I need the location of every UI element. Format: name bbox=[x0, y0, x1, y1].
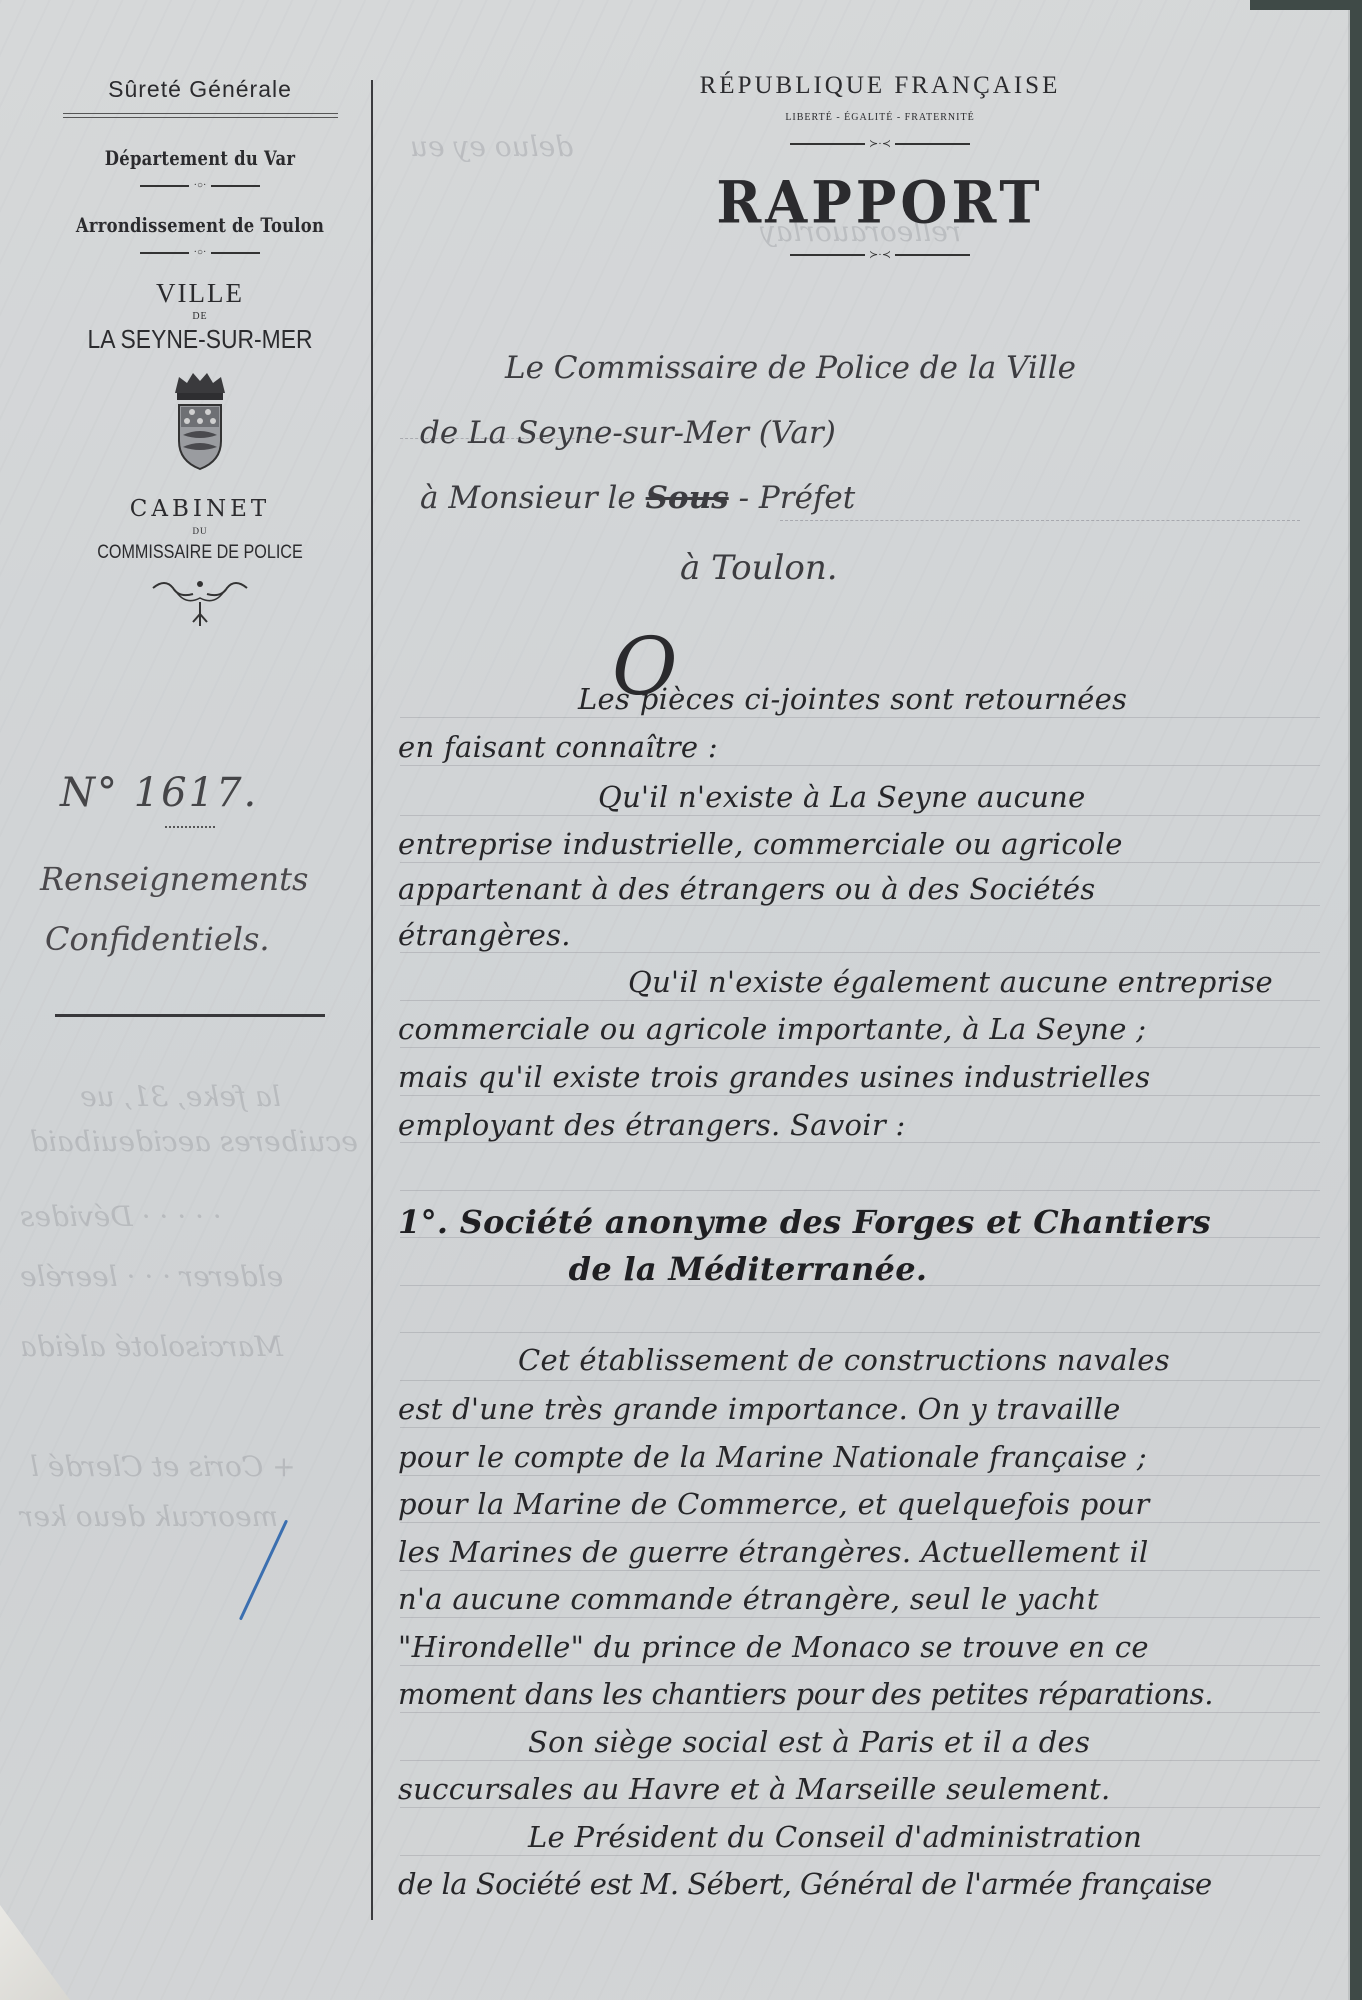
body-line: Qu'il n'existe à La Seyne aucune bbox=[398, 780, 1323, 814]
subject-line-1: Renseignements bbox=[40, 860, 308, 898]
body-line: Qu'il n'existe également aucune entrepri… bbox=[398, 965, 1323, 999]
ruled-line bbox=[400, 1427, 1320, 1428]
body-line: "Hirondelle" du prince de Monaco se trou… bbox=[398, 1630, 1323, 1664]
body-line: Le Président du Conseil d'administration bbox=[398, 1820, 1323, 1854]
ruled-line bbox=[400, 1332, 1320, 1333]
double-rule-divider bbox=[63, 113, 338, 118]
body-line: de la Société est M. Sébert, Général de … bbox=[398, 1867, 1323, 1901]
bleed-through-text: la feke, 31, ue bbox=[80, 1080, 281, 1113]
ruled-line bbox=[400, 1570, 1320, 1571]
ruled-line bbox=[400, 1095, 1320, 1096]
ruled-line bbox=[400, 1000, 1320, 1001]
blue-pencil-mark bbox=[239, 1520, 288, 1621]
ville-label: VILLE bbox=[40, 278, 360, 309]
body-line: succursales au Havre et à Marseille seul… bbox=[398, 1772, 1323, 1806]
ruled-line bbox=[400, 862, 1320, 863]
page-corner-fold bbox=[0, 1905, 70, 2000]
coat-of-arms-icon bbox=[165, 371, 235, 471]
bleed-through-text: + Coris et Clerdé l bbox=[30, 1450, 296, 1483]
body-line: mais qu'il existe trois grandes usines i… bbox=[398, 1060, 1323, 1094]
header-ornament: ≻·≺ bbox=[790, 248, 970, 261]
ruled-line bbox=[400, 1665, 1320, 1666]
ruled-line bbox=[400, 765, 1320, 766]
letterhead-sidebar: Sûreté Générale Département du Var ·○· A… bbox=[40, 70, 360, 638]
document-title: RAPPORT bbox=[460, 167, 1240, 236]
body-line: en faisant connaître : bbox=[398, 730, 1323, 764]
bleed-through-text: Marcisoloté aléida bbox=[20, 1330, 283, 1363]
arrondissement-label: Arrondissement de Toulon bbox=[69, 213, 331, 237]
ruled-line bbox=[400, 1190, 1320, 1191]
ruled-line bbox=[400, 952, 1320, 953]
body-line: les Marines de guerre étrangères. Actuel… bbox=[398, 1535, 1323, 1569]
ruled-line bbox=[400, 1807, 1320, 1808]
ruled-line bbox=[400, 1760, 1320, 1761]
body-line: entreprise industrielle, commerciale ou … bbox=[398, 827, 1323, 861]
de-label: DE bbox=[40, 311, 360, 322]
document-page: la feke, 31, ue ecuiberes aecideuibaid ·… bbox=[0, 0, 1350, 2000]
recipient-city: à Toulon. bbox=[680, 548, 838, 588]
body-line: n'a aucune commande étrangère, seul le y… bbox=[398, 1582, 1323, 1616]
motto-label: LIBERTÉ - ÉGALITÉ - FRATERNITÉ bbox=[460, 112, 1240, 123]
recipient-title: - Préfet bbox=[739, 480, 856, 516]
surete-generale-label: Sûreté Générale bbox=[40, 76, 360, 103]
body-line: pour le compte de la Marine Nationale fr… bbox=[398, 1440, 1323, 1474]
dotted-line bbox=[400, 438, 600, 439]
ruled-line bbox=[400, 1522, 1320, 1523]
body-line: pour la Marine de Commerce, et quelquefo… bbox=[398, 1487, 1323, 1521]
body-line: est d'une très grande importance. On y t… bbox=[398, 1392, 1323, 1426]
recipient-crossed-word: Sous bbox=[646, 480, 729, 516]
sender-line-1: Le Commissaire de Police de la Ville bbox=[505, 350, 1076, 386]
number-separator bbox=[165, 818, 215, 828]
bleed-through-text: elderer · · · leeréle bbox=[20, 1260, 283, 1293]
recipient-prefix: à Monsieur le bbox=[420, 480, 636, 516]
cabinet-label: CABINET bbox=[40, 496, 360, 522]
bleed-through-text: ecuiberes aecideuibaid bbox=[30, 1125, 358, 1158]
ruled-line bbox=[400, 1855, 1320, 1856]
bleed-through-text: · · · · · Dévides bbox=[20, 1200, 222, 1233]
du-label: DU bbox=[40, 526, 360, 536]
dotted-line bbox=[780, 520, 1300, 521]
ornament-divider: ·○· bbox=[140, 247, 260, 258]
letterhead-header: RÉPUBLIQUE FRANÇAISE LIBERTÉ - ÉGALITÉ -… bbox=[460, 72, 1240, 261]
ruled-line bbox=[400, 1617, 1320, 1618]
bleed-through-text: meorcuk deuo ker bbox=[20, 1500, 278, 1533]
body-line: Son siège social est à Paris et il a des bbox=[398, 1725, 1323, 1759]
commissaire-label: COMMISSAIRE DE POLICE bbox=[64, 542, 336, 564]
body-line: moment dans les chantiers pour des petit… bbox=[398, 1677, 1323, 1711]
flourish-ornament-icon bbox=[145, 578, 255, 633]
header-ornament: ≻·≺ bbox=[790, 137, 970, 150]
sidebar-bottom-rule bbox=[55, 1014, 325, 1017]
ruled-line bbox=[400, 1380, 1320, 1381]
ruled-line bbox=[400, 1142, 1320, 1143]
margin-divider-line bbox=[371, 80, 373, 1920]
body-line: commerciale ou agricole importante, à La… bbox=[398, 1012, 1323, 1046]
body-line: appartenant à des étrangers ou à des Soc… bbox=[398, 872, 1323, 906]
recipient-line: à Monsieur le Sous - Préfet bbox=[420, 480, 855, 516]
body-line: Cet établissement de constructions naval… bbox=[398, 1343, 1323, 1377]
sender-line-2: de La Seyne-sur-Mer (Var) bbox=[420, 415, 836, 451]
ruled-line bbox=[400, 1047, 1320, 1048]
ruled-line bbox=[400, 1712, 1320, 1713]
body-line: étrangères. bbox=[398, 918, 1323, 952]
commune-label: LA SEYNE-SUR-MER bbox=[59, 324, 341, 355]
ruled-line bbox=[400, 1475, 1320, 1476]
ruled-line bbox=[400, 717, 1320, 718]
republique-francaise-label: RÉPUBLIQUE FRANÇAISE bbox=[460, 72, 1240, 100]
subject-line-2: Confidentiels. bbox=[45, 920, 270, 958]
departement-label: Département du Var bbox=[69, 146, 331, 170]
ruled-line bbox=[400, 815, 1320, 816]
scan-border bbox=[1250, 0, 1362, 10]
ornament-divider: ·○· bbox=[140, 180, 260, 191]
company-heading-cont: de la Méditerranée. bbox=[398, 1250, 1098, 1288]
report-number: N° 1617. bbox=[60, 770, 258, 816]
body-line: employant des étrangers. Savoir : bbox=[398, 1108, 1323, 1142]
body-line: Les pièces ci-jointes sont retournées bbox=[398, 682, 1323, 716]
company-heading: 1°. Société anonyme des Forges et Chanti… bbox=[398, 1203, 1323, 1241]
